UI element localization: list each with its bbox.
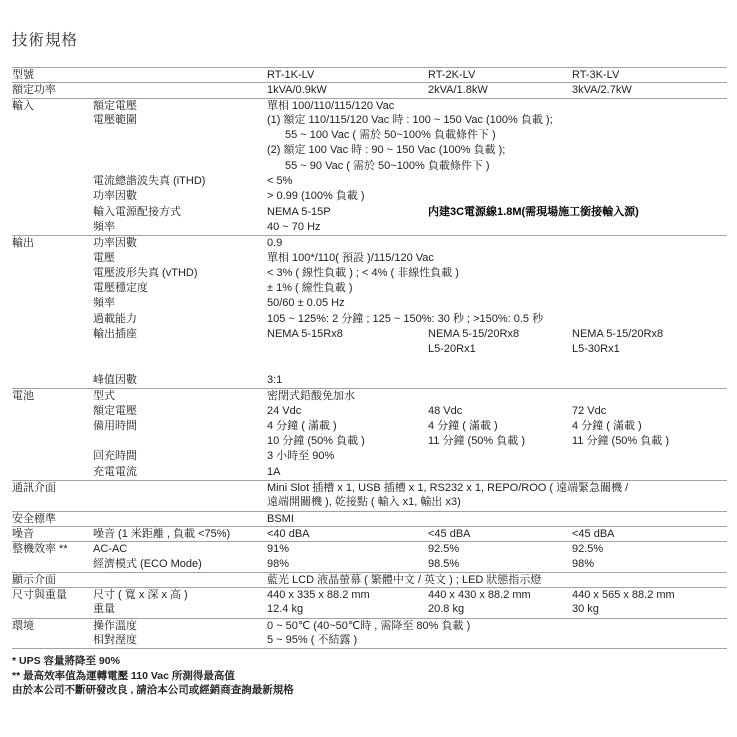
input-voltage-range-line1: (1) 額定 110/115/120 Vac 時 : 100 ~ 150 Vac…: [267, 113, 727, 128]
model-rt1k: RT-1K-LV: [267, 68, 428, 83]
output-vthd-label: 電壓波形失真 (vTHD): [93, 266, 267, 281]
output-crest-factor-label: 峰值因數: [93, 373, 267, 388]
row-environment-temperature: 環境 操作溫度 0 ~ 50℃ (40~50℃時 , 需降至 80% 負載 ): [12, 618, 727, 633]
row-input-voltage-range-2: 55 ~ 100 Vac ( 需於 50~100% 負載條件下 ): [12, 128, 727, 143]
safety-value: BSMI: [267, 512, 727, 527]
output-vthd-value: < 3% ( 線性負載 ) ; < 4% ( 非線性負載 ): [267, 266, 727, 281]
dimensions-weight-2k: 20.8 kg: [428, 602, 572, 617]
row-battery-type: 電池 型式 密閉式鉛酸免加水: [12, 388, 727, 403]
battery-backup-time-3k: 4 分鐘 ( 滿載 ): [572, 419, 727, 434]
row-dimensions-size: 尺寸與重量 尺寸 ( 寬 x 深 x 高 ) 440 x 335 x 88.2 …: [12, 587, 727, 602]
battery-recharge-time-label: 回充時間: [93, 449, 267, 464]
output-outlets-label: 輸出插座: [93, 327, 267, 342]
environment-temperature-value: 0 ~ 50℃ (40~50℃時 , 需降至 80% 負載 ): [267, 619, 727, 634]
noise-section-label: 噪音: [12, 527, 93, 542]
dimensions-weight-1k: 12.4 kg: [267, 602, 428, 617]
output-regulation-label: 電壓穩定度: [93, 281, 267, 296]
efficiency-eco-1k: 98%: [267, 557, 428, 572]
efficiency-eco-label: 經濟模式 (ECO Mode): [93, 557, 267, 572]
row-output-outlets: 輸出插座 NEMA 5-15Rx8 NEMA 5-15/20Rx8 NEMA 5…: [12, 327, 727, 342]
battery-rated-voltage-label: 額定電壓: [93, 404, 267, 419]
input-rated-voltage-label: 額定電壓: [93, 99, 267, 114]
battery-backup-time-label: 備用時間: [93, 419, 267, 434]
communication-line1: Mini Slot 插槽 x 1, USB 插槽 x 1, RS232 x 1,…: [267, 481, 727, 496]
input-voltage-range-line3: (2) 額定 100 Vac 時 : 90 ~ 150 Vac (100% 負載…: [267, 143, 727, 158]
battery-type-value: 密閉式鉛酸免加水: [267, 389, 727, 404]
battery-backup-time-1k: 4 分鐘 ( 滿載 ): [267, 419, 428, 434]
output-frequency-value: 50/60 ± 0.05 Hz: [267, 296, 727, 311]
table-bottom-rule: [12, 648, 727, 649]
page-title: 技術規格: [12, 31, 727, 51]
row-input-voltage-range-4: 55 ~ 90 Vac ( 需於 50~100% 負載條件下 ): [12, 159, 727, 174]
output-voltage-label: 電壓: [93, 251, 267, 266]
row-efficiency-acac: 整機效率 ** AC-AC 91% 92.5% 92.5%: [12, 541, 727, 556]
row-battery-rated-voltage: 額定電壓 24 Vdc 48 Vdc 72 Vdc: [12, 404, 727, 419]
footnote-efficiency: ** 最高效率值為運轉電壓 110 Vac 所測得最高值: [12, 669, 727, 684]
input-ithd-label: 電流總諧波失真 (iTHD): [93, 174, 267, 189]
input-section-label: 輸入: [12, 99, 93, 114]
efficiency-acac-3k: 92.5%: [572, 542, 727, 557]
battery-recharge-time-value: 3 小時至 90%: [267, 449, 727, 464]
spec-table: 型號 RT-1K-LV RT-2K-LV RT-3K-LV 額定功率 1kVA/…: [12, 67, 727, 649]
input-frequency-label: 頻率: [93, 220, 267, 235]
input-voltage-range-label: 電壓範圍: [93, 113, 267, 128]
row-output-outlets-line2: L5-20Rx1 L5-30Rx1: [12, 342, 727, 357]
row-noise: 噪音 噪音 (1 米距離 , 負載 <75%) <40 dBA <45 dBA …: [12, 526, 727, 541]
row-output-vthd: 電壓波形失真 (vTHD) < 3% ( 線性負載 ) ; < 4% ( 非線性…: [12, 266, 727, 281]
efficiency-section-label: 整機效率 **: [12, 542, 93, 557]
spec-sheet-page: 技術規格 型號 RT-1K-LV RT-2K-LV RT-3K-LV 額定功率 …: [0, 0, 737, 737]
row-input-voltage-range-3: (2) 額定 100 Vac 時 : 90 ~ 150 Vac (100% 負載…: [12, 143, 727, 158]
display-value: 藍光 LCD 液晶螢幕 ( 繁體中文 / 英文 ) ; LED 狀態指示燈: [267, 573, 727, 588]
noise-2k: <45 dBA: [428, 527, 572, 542]
output-crest-factor-value: 3:1: [267, 373, 727, 388]
input-voltage-range-line2: 55 ~ 100 Vac ( 需於 50~100% 負載條件下 ): [267, 128, 727, 143]
rated-power-2k: 2kVA/1.8kW: [428, 83, 572, 98]
communication-line2: 遠端開關機 ), 乾接點 ( 輸入 x1, 輸出 x3): [267, 495, 727, 510]
row-battery-backup-time-line2: 10 分鐘 (50% 負載 ) 11 分鐘 (50% 負載 ) 11 分鐘 (5…: [12, 434, 727, 449]
row-output-power-factor: 輸出 功率因數 0.9: [12, 235, 727, 250]
dimensions-section-label: 尺寸與重量: [12, 588, 93, 603]
efficiency-eco-2k: 98.5%: [428, 557, 572, 572]
row-battery-backup-time: 備用時間 4 分鐘 ( 滿載 ) 4 分鐘 ( 滿載 ) 4 分鐘 ( 滿載 ): [12, 419, 727, 434]
battery-section-label: 電池: [12, 389, 93, 404]
output-frequency-label: 頻率: [93, 296, 267, 311]
environment-humidity-value: 5 ~ 95% ( 不結露 ): [267, 633, 727, 648]
battery-backup-time-2k: 4 分鐘 ( 滿載 ): [428, 419, 572, 434]
row-communication-line2: 遠端開關機 ), 乾接點 ( 輸入 x1, 輸出 x3): [12, 495, 727, 510]
dimensions-size-label: 尺寸 ( 寬 x 深 x 高 ): [93, 588, 267, 603]
row-communication: 通訊介面 Mini Slot 插槽 x 1, USB 插槽 x 1, RS232…: [12, 480, 727, 495]
dimensions-weight-3k: 30 kg: [572, 602, 727, 617]
row-safety: 安全標準 BSMI: [12, 511, 727, 526]
display-label: 顯示介面: [12, 573, 267, 588]
environment-humidity-label: 相對溼度: [93, 633, 267, 648]
row-output-crest-factor: 峰值因數 3:1: [12, 373, 727, 388]
noise-3k: <45 dBA: [572, 527, 727, 542]
row-environment-humidity: 相對溼度 5 ~ 95% ( 不結露 ): [12, 633, 727, 648]
row-input-connection: 輸入電源配接方式 NEMA 5-15P 内建3C電源線1.8M(需現場施工銜接輸…: [12, 205, 727, 220]
output-outlets-2k-line2: L5-20Rx1: [428, 342, 572, 357]
dimensions-weight-label: 重量: [93, 602, 267, 617]
model-rt2k: RT-2K-LV: [428, 68, 572, 83]
output-outlets-3k: NEMA 5-15/20Rx8: [572, 327, 727, 342]
input-power-factor-label: 功率因數: [93, 189, 267, 204]
row-dimensions-weight: 重量 12.4 kg 20.8 kg 30 kg: [12, 602, 727, 617]
row-model: 型號 RT-1K-LV RT-2K-LV RT-3K-LV: [12, 67, 727, 82]
row-input-voltage-range-1: 電壓範圍 (1) 額定 110/115/120 Vac 時 : 100 ~ 15…: [12, 113, 727, 128]
footnote-ups-capacity: * UPS 容量將降至 90%: [12, 654, 727, 669]
input-frequency-value: 40 ~ 70 Hz: [267, 220, 727, 235]
input-rated-voltage-value: 單相 100/110/115/120 Vac: [267, 99, 727, 114]
efficiency-eco-3k: 98%: [572, 557, 727, 572]
row-output-frequency: 頻率 50/60 ± 0.05 Hz: [12, 296, 727, 311]
dimensions-size-2k: 440 x 430 x 88.2 mm: [428, 588, 572, 603]
dimensions-size-1k: 440 x 335 x 88.2 mm: [267, 588, 428, 603]
output-overload-label: 過載能力: [93, 312, 267, 327]
row-battery-recharge-time: 回充時間 3 小時至 90%: [12, 449, 727, 464]
row-battery-charge-current: 充電電流 1A: [12, 465, 727, 480]
model-label: 型號: [12, 68, 267, 83]
rated-power-3k: 3kVA/2.7kW: [572, 83, 727, 98]
battery-rated-voltage-2k: 48 Vdc: [428, 404, 572, 419]
environment-section-label: 環境: [12, 619, 93, 634]
output-outlets-3k-line2: L5-30Rx1: [572, 342, 727, 357]
efficiency-acac-2k: 92.5%: [428, 542, 572, 557]
input-connection-note: 内建3C電源線1.8M(需現場施工銜接輸入源): [428, 205, 727, 220]
noise-1k: <40 dBA: [267, 527, 428, 542]
output-power-factor-value: 0.9: [267, 236, 727, 251]
battery-backup-time-2k-line2: 11 分鐘 (50% 負載 ): [428, 434, 572, 449]
environment-temperature-label: 操作溫度: [93, 619, 267, 634]
row-input-ithd: 電流總諧波失真 (iTHD) < 5%: [12, 174, 727, 189]
input-voltage-range-line4: 55 ~ 90 Vac ( 需於 50~100% 負載條件下 ): [267, 159, 727, 174]
output-outlets-2k: NEMA 5-15/20Rx8: [428, 327, 572, 342]
output-regulation-value: ± 1% ( 線性負載 ): [267, 281, 727, 296]
battery-type-label: 型式: [93, 389, 267, 404]
row-input-frequency: 頻率 40 ~ 70 Hz: [12, 220, 727, 235]
row-efficiency-eco: 經濟模式 (ECO Mode) 98% 98.5% 98%: [12, 557, 727, 572]
efficiency-acac-label: AC-AC: [93, 542, 267, 557]
rated-power-1k: 1kVA/0.9kW: [267, 83, 428, 98]
dimensions-size-3k: 440 x 565 x 88.2 mm: [572, 588, 727, 603]
output-section-label: 輸出: [12, 236, 93, 251]
row-output-spacer: [12, 358, 727, 373]
footnotes: * UPS 容量將降至 90% ** 最高效率值為運轉電壓 110 Vac 所測…: [12, 654, 727, 698]
battery-charge-current-label: 充電電流: [93, 465, 267, 480]
input-ithd-value: < 5%: [267, 174, 727, 189]
efficiency-acac-1k: 91%: [267, 542, 428, 557]
model-rt3k: RT-3K-LV: [572, 68, 727, 83]
rated-power-label: 額定功率: [12, 83, 267, 98]
row-input-power-factor: 功率因數 > 0.99 (100% 負載 ): [12, 189, 727, 204]
output-outlets-1k: NEMA 5-15Rx8: [267, 327, 428, 342]
battery-backup-time-1k-line2: 10 分鐘 (50% 負載 ): [267, 434, 428, 449]
input-connection-value: NEMA 5-15P: [267, 205, 428, 220]
input-connection-label: 輸入電源配接方式: [93, 205, 267, 220]
output-overload-value: 105 ~ 125%: 2 分鐘 ; 125 ~ 150%: 30 秒 ; >1…: [267, 312, 727, 327]
row-output-voltage: 電壓 單相 100*/110( 預設 )/115/120 Vac: [12, 251, 727, 266]
row-output-overload: 過載能力 105 ~ 125%: 2 分鐘 ; 125 ~ 150%: 30 秒…: [12, 312, 727, 327]
battery-rated-voltage-1k: 24 Vdc: [267, 404, 428, 419]
row-display: 顯示介面 藍光 LCD 液晶螢幕 ( 繁體中文 / 英文 ) ; LED 狀態指…: [12, 572, 727, 587]
output-power-factor-label: 功率因數: [93, 236, 267, 251]
row-input-rated-voltage: 輸入 額定電壓 單相 100/110/115/120 Vac: [12, 98, 727, 113]
row-rated-power: 額定功率 1kVA/0.9kW 2kVA/1.8kW 3kVA/2.7kW: [12, 82, 727, 97]
output-voltage-value: 單相 100*/110( 預設 )/115/120 Vac: [267, 251, 727, 266]
battery-rated-voltage-3k: 72 Vdc: [572, 404, 727, 419]
safety-label: 安全標準: [12, 512, 267, 527]
battery-backup-time-3k-line2: 11 分鐘 (50% 負載 ): [572, 434, 727, 449]
communication-label: 通訊介面: [12, 481, 267, 496]
noise-sub-label: 噪音 (1 米距離 , 負載 <75%): [93, 527, 267, 542]
battery-charge-current-value: 1A: [267, 465, 727, 480]
input-power-factor-value: > 0.99 (100% 負載 ): [267, 189, 727, 204]
footnote-disclaimer: 由於本公司不斷研發改良 , 請洽本公司或經銷商查詢最新規格: [12, 683, 727, 698]
row-output-regulation: 電壓穩定度 ± 1% ( 線性負載 ): [12, 281, 727, 296]
